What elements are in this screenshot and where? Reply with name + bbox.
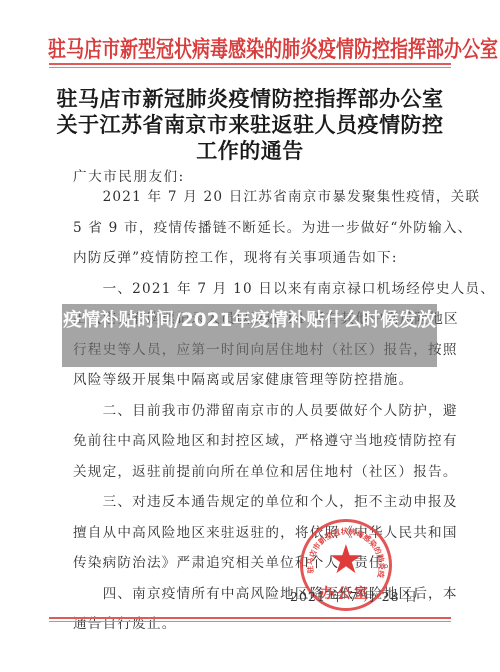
body-line: 三、对违反本通告规定的单位和个人，拒不主动申报及 (73, 487, 427, 518)
body-line: 5 省 9 市，疫情传播链不断延长。为进一步做好“外防输入、 (73, 213, 427, 244)
body-line: 二、目前我市仍滞留南京市的人员要做好个人防护，避 (73, 396, 427, 427)
body-line: 2021 年 7 月 20 日江苏省南京市暴发聚集性疫情，关联 (73, 182, 427, 213)
caption-text: 疫情补贴时间/2021年疫情补贴什么时候发放 (62, 307, 437, 334)
seal-bottom-label: 办公室 (320, 583, 371, 603)
body-line: 关规定，返驻前提前向所在单位和居住地村（社区）报告。 (73, 457, 427, 488)
body-line: 内防反弹”疫情防控工作，现将有关事项通告如下: (73, 243, 427, 274)
notice-title-line-3: 工作的通告 (50, 135, 450, 165)
footer-rule-thick (49, 617, 451, 619)
body-line: 风险等级开展集中隔离或居家健康管理等防控措施。 (73, 365, 427, 396)
body-line: 免前往中高风险地区和封控区域，严格遵守当地疫情防控有 (73, 426, 427, 457)
issuing-office-header: 驻马店市新型冠状病毒感染的肺炎疫情防控指挥部办公室 (48, 32, 452, 65)
header-rule-thick (49, 63, 451, 65)
footer-rule-thin (49, 621, 451, 622)
header-rule-thin (49, 67, 451, 68)
body-line: 通告自行废止。 (73, 609, 427, 640)
body-line: 一、2021 年 7 月 10 日以来有南京禄口机场经停史人员、 (73, 274, 427, 305)
seal-star-icon: ★ (328, 540, 364, 580)
